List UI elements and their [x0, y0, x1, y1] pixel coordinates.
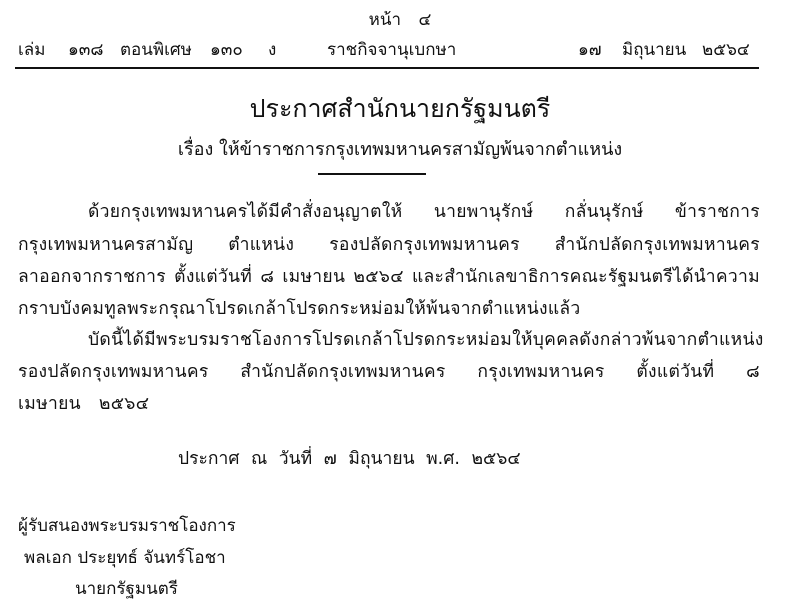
text-segment: ๒๕๖๔ [99, 389, 149, 417]
header-date-month: มิถุนายน [622, 36, 686, 63]
text-segment: ๒๕๖๔ [353, 262, 403, 290]
paragraph-2-line-2: รองปลัดกรุงเทพมหานคร สำนักปลัดกรุงเทพมหา… [18, 357, 760, 385]
paragraph-1-line-4: กราบบังคมทูลพระกรุณาโปรดเกล้าโปรดกระหม่อ… [18, 294, 760, 322]
text-segment: และสำนักเลขาธิการคณะรัฐมนตรีได้นำความ [412, 262, 760, 290]
document-title: ประกาศสำนักนายกรัฐมนตรี [0, 89, 800, 129]
paragraph-1-line-1: ด้วยกรุงเทพมหานครได้มีคำสั่งอนุญาตให้ นา… [88, 197, 760, 225]
page-label: หน้า [369, 10, 401, 30]
text-segment: ตั้งแต่วันที่ [636, 357, 714, 385]
countersign-label: ผู้รับสนองพระบรมราชโองการ [18, 512, 236, 539]
text-segment: สำนักปลัดกรุงเทพมหานคร [240, 357, 445, 385]
publication-name: ราชกิจจานุเบกษา [327, 36, 456, 63]
paragraph-2-line-1: บัดนี้ ได้มีพระบรมราชโองการโปรดเกล้าโปรด… [88, 325, 760, 353]
text-segment: กรุงเทพมหานคร [477, 357, 604, 385]
text-segment: กลั่นนุรักษ์ [565, 197, 644, 225]
section-label: ตอนพิเศษ [120, 36, 192, 63]
text-segment: ตำแหน่ง [228, 230, 294, 258]
text-segment: กราบบังคมทูลพระกรุณาโปรดเกล้าโปรดกระหม่อ… [18, 294, 581, 322]
section-number: ๑๓๐ [210, 36, 243, 63]
signatory-position: นายกรัฐมนตรี [75, 575, 178, 602]
text-segment: ข้าราชการ [675, 197, 760, 225]
text-segment: รองปลัดกรุงเทพมหานคร [329, 230, 520, 258]
text-segment: ได้มีพระบรมราชโองการโปรดเกล้าโปรดกระหม่อ… [123, 325, 763, 353]
header-date-day: ๑๗ [578, 36, 602, 63]
volume-number: ๑๓๘ [68, 36, 104, 63]
text-segment: นายพานุรักษ์ [434, 197, 534, 225]
volume-label: เล่ม [18, 36, 45, 63]
text-segment: ด้วยกรุงเทพมหานครได้มีคำสั่งอนุญาตให้ [88, 197, 403, 225]
page-value: ๔ [418, 10, 431, 30]
text-segment: บัดนี้ [88, 325, 123, 353]
document-subject: เรื่อง ให้ข้าราชการกรุงเทพมหานครสามัญพ้น… [0, 134, 800, 163]
text-segment: กรุงเทพมหานครสามัญ [18, 230, 193, 258]
announcement-date: ประกาศ ณ วันที่ ๗ มิถุนายน พ.ศ. ๒๕๖๔ [178, 444, 521, 472]
header-date-year: ๒๕๖๔ [702, 36, 750, 63]
paragraph-1-line-3: ลาออกจากราชการ ตั้งแต่วันที่ ๘ เมษายน ๒๕… [18, 262, 760, 290]
text-segment: ๘ [746, 357, 760, 385]
text-segment: เมษายน [18, 389, 81, 417]
paragraph-2-line-3: เมษายน ๒๕๖๔ [18, 389, 760, 417]
signatory-name: พลเอก ประยุทธ์ จันทร์โอชา [24, 544, 226, 571]
subject-divider [318, 173, 426, 175]
paragraph-1-line-2: กรุงเทพมหานครสามัญ ตำแหน่ง รองปลัดกรุงเท… [18, 230, 760, 258]
text-segment: เมษายน [282, 262, 345, 290]
text-segment: รองปลัดกรุงเทพมหานคร [18, 357, 209, 385]
text-segment: ลาออกจากราชการ [18, 262, 166, 290]
header-divider [15, 67, 759, 69]
page-number: หน้า ๔ [0, 6, 800, 33]
section-letter: ง [268, 36, 276, 63]
text-segment: สำนักปลัดกรุงเทพมหานคร [555, 230, 760, 258]
text-segment: ตั้งแต่วันที่ [174, 262, 252, 290]
text-segment: ๘ [260, 262, 274, 290]
